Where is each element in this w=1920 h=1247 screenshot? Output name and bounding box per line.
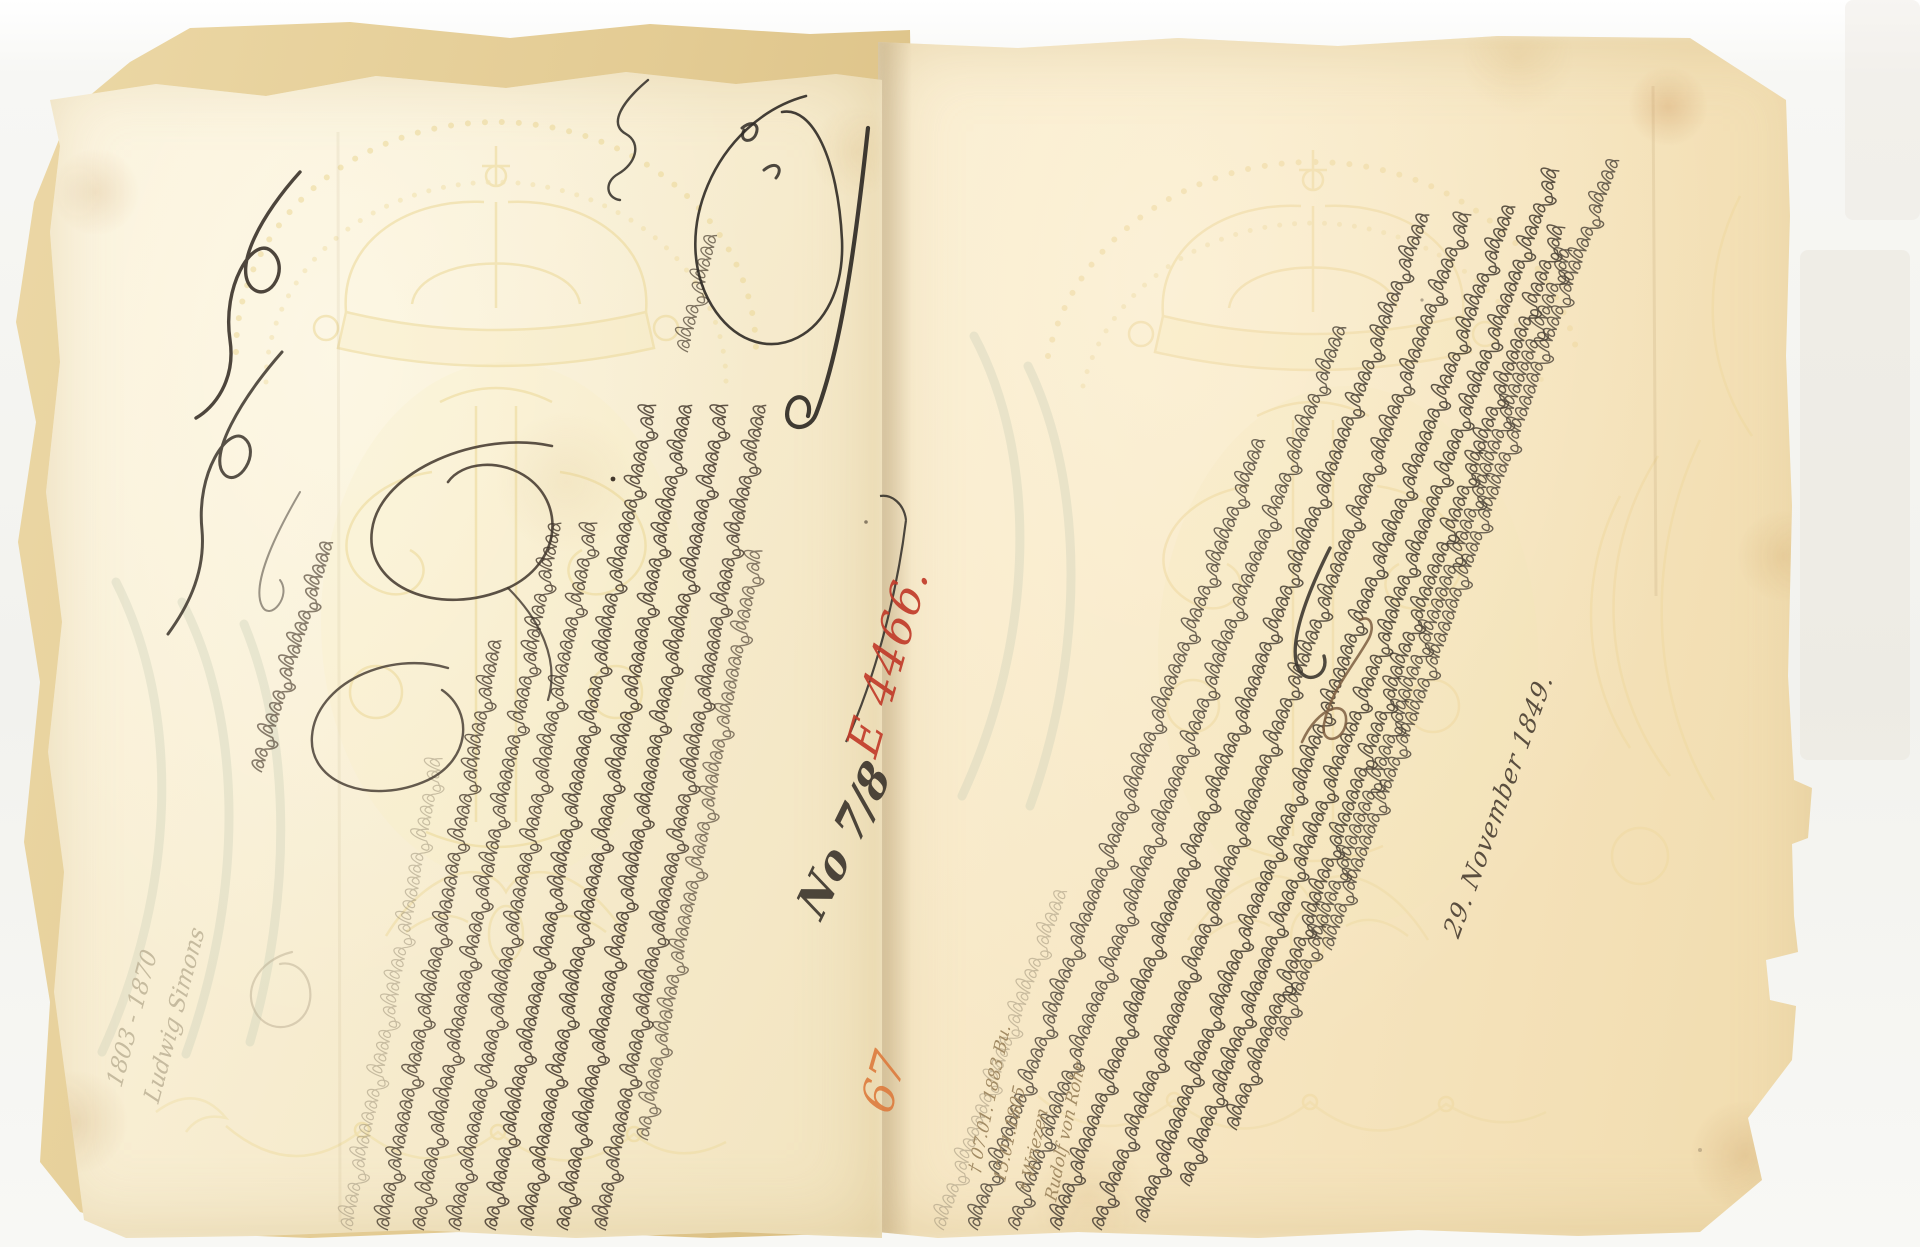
crown-watermark [1129,150,1497,370]
background-sheet-corner [1845,0,1920,220]
foxing-stains [36,62,882,1238]
page-vignette [878,36,1818,1238]
watermark-crest-right [878,36,1818,1238]
shield-column-watermark [347,388,646,847]
shield-column-watermark [1164,402,1463,861]
watermark-crest-left [36,62,882,1238]
manuscript-page-left [36,62,882,1238]
manuscript-page-right [878,36,1818,1238]
page-vignette [36,62,882,1238]
photo-backdrop: E 4466. No 7/8 67 1803 - 1870 Ludwig Sim… [0,0,1920,1247]
frond-watermark [102,582,281,1054]
eagle-watermark [386,872,626,962]
foxing-stains [878,36,1818,1238]
crown-watermark [314,146,678,366]
eagle-watermark [1188,876,1428,966]
background-sheet-edge [1800,250,1910,760]
frond-watermark [962,336,1071,806]
fold-shadow [878,36,912,1238]
